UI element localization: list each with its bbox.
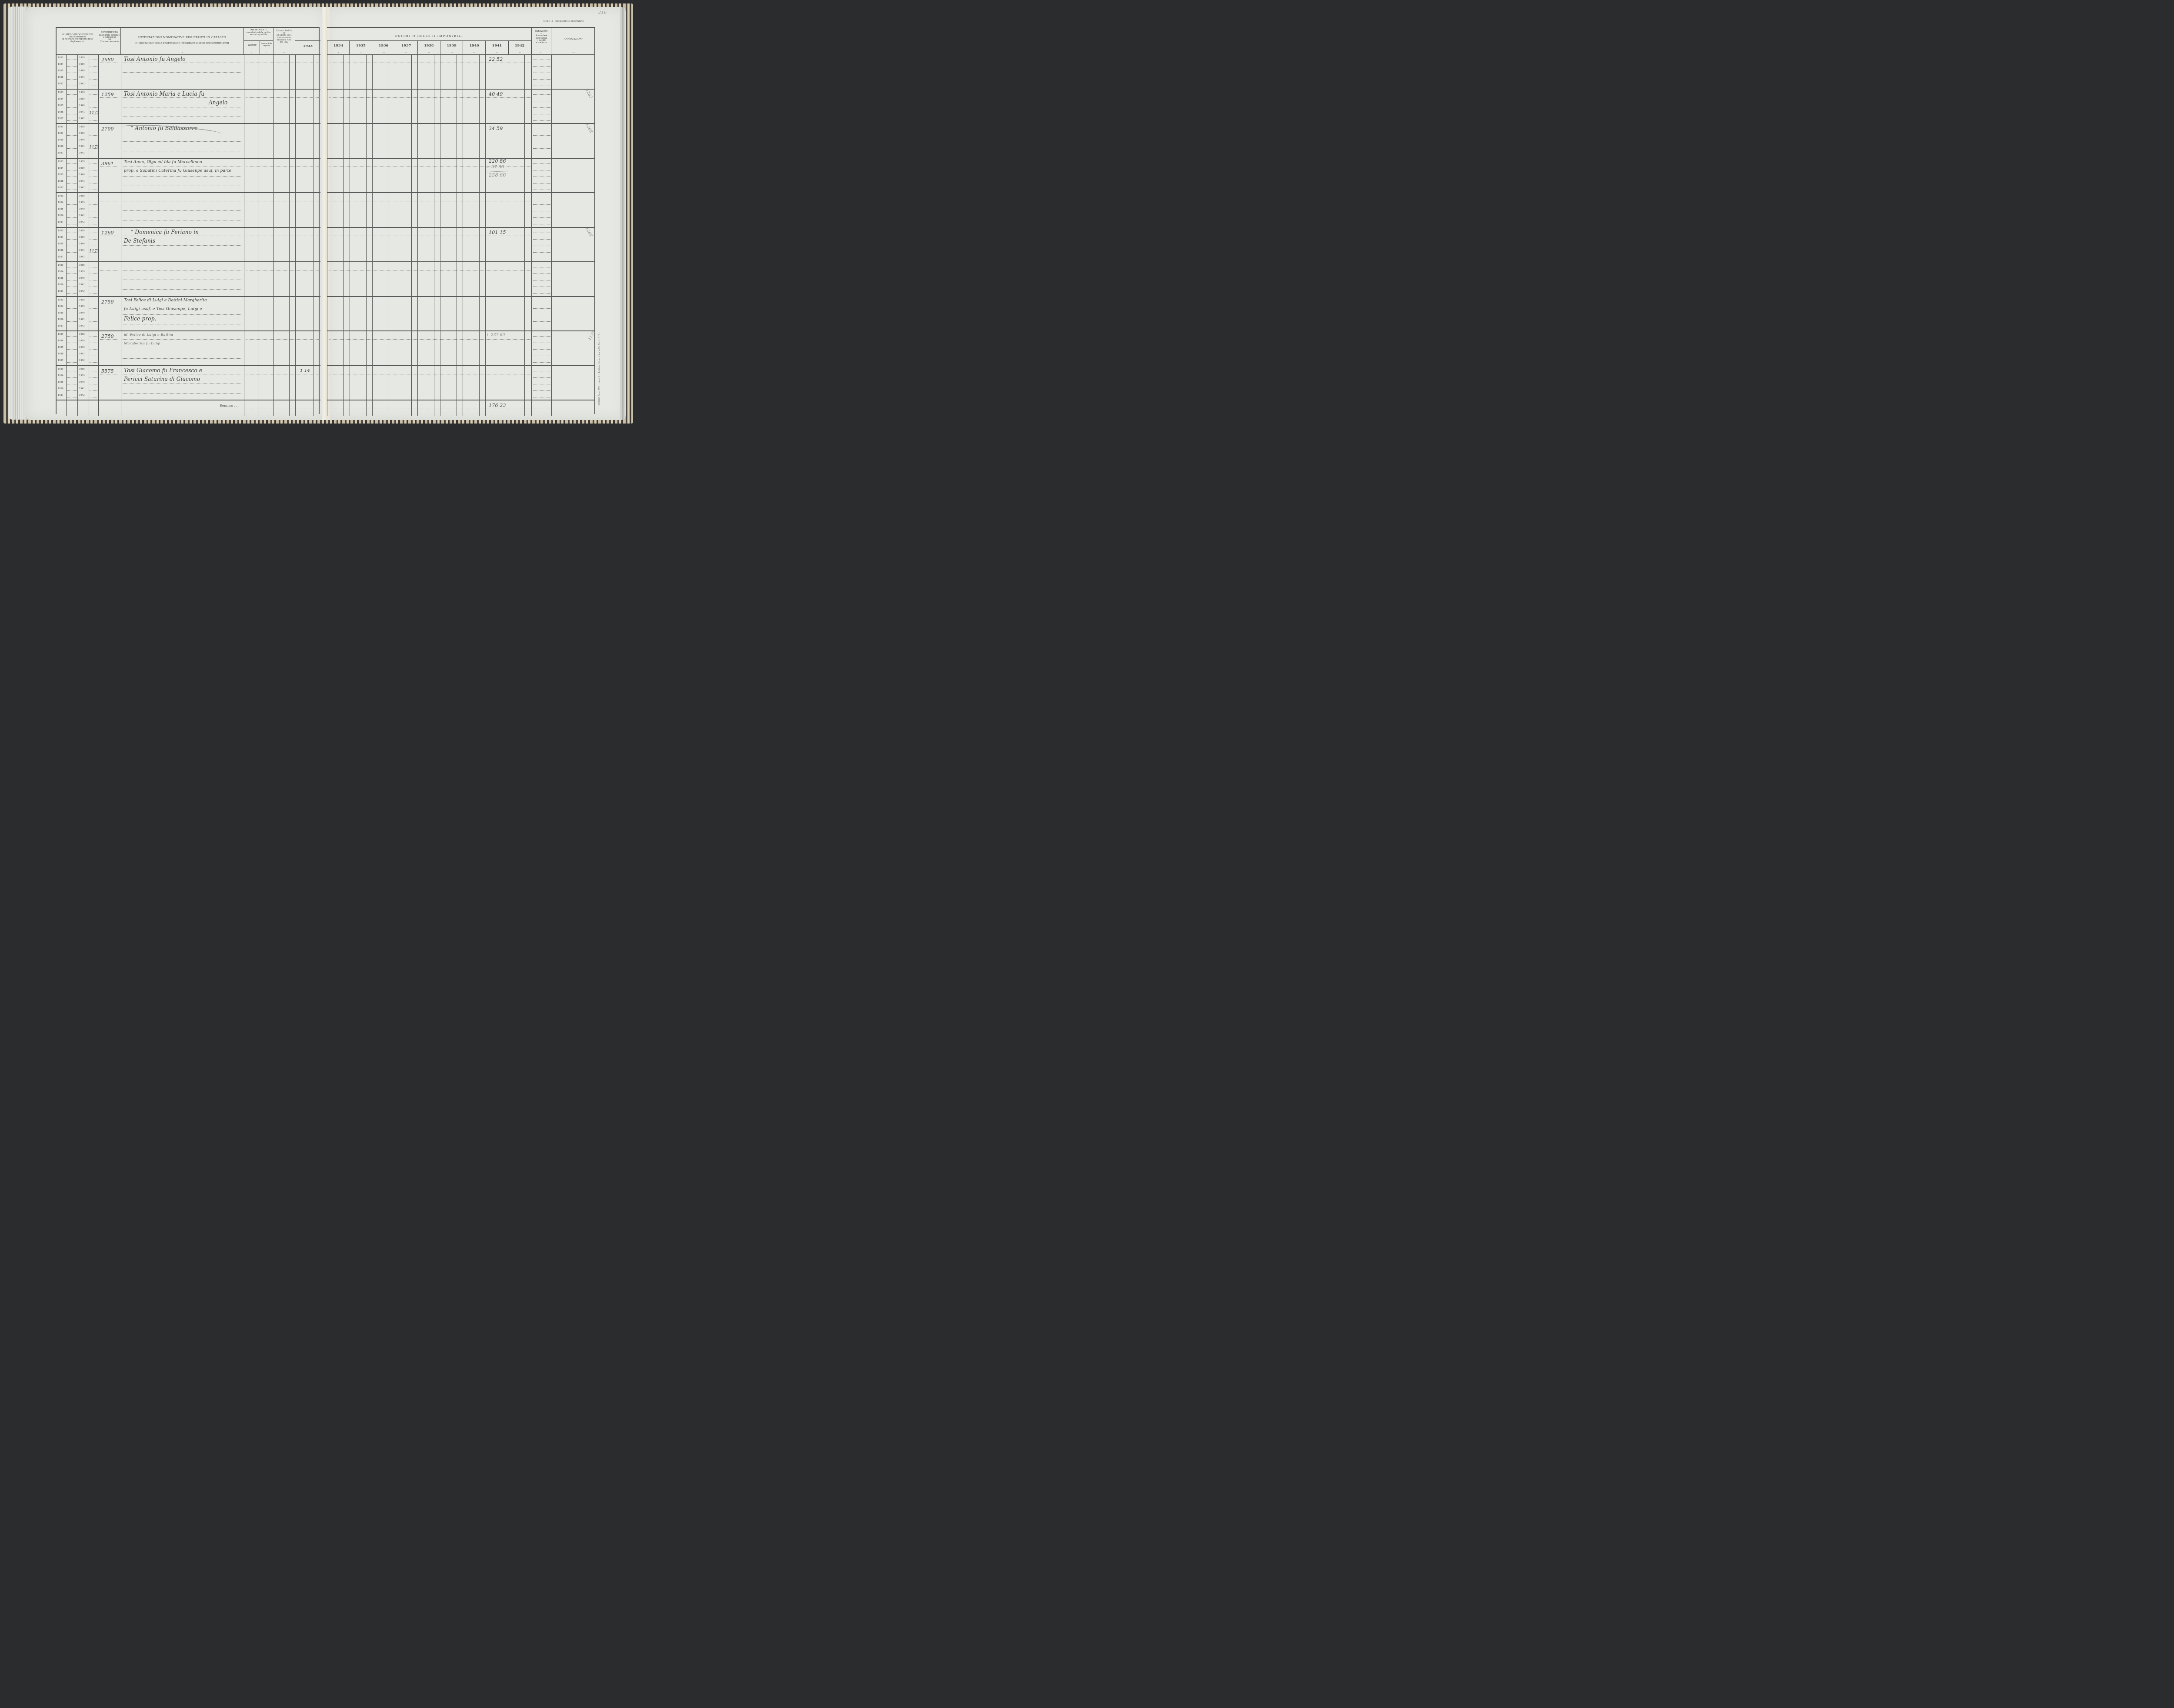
ledger-row: 1933193819341939193519401936194119371942 <box>57 193 320 227</box>
annotation-number: 1262 <box>584 88 594 100</box>
taxpayer-name-line: Tosi Antonio Maria e Lucia fu <box>124 91 204 97</box>
cadastral-ref: 2680 <box>101 57 114 63</box>
year-label-right: 1938 <box>79 264 85 267</box>
year-label-left: 1934 <box>58 98 63 100</box>
year-label-right: 1941 <box>79 111 85 113</box>
year-label-left: 1935 <box>58 312 63 314</box>
ledger-row: 1933193819341939193519401936194119371942… <box>57 366 320 400</box>
ledger-row: 1933193819341939193519401936194119371942… <box>57 158 320 193</box>
year-label: 1941 <box>486 43 508 47</box>
taxpayer-name-line: Pericci Saturina di Giacomo <box>124 376 200 382</box>
ledger-row: 1933193819341939193519401936194119371942… <box>57 54 320 89</box>
col-number: 14 <box>463 51 485 53</box>
cadastral-ref: 3961 <box>101 161 114 167</box>
col-number: 16 <box>509 51 531 53</box>
year-label-right: 1939 <box>79 132 85 135</box>
taxpayer-name-line: prop. e Sabatini Caterina fu Giuseppe us… <box>124 169 231 173</box>
ledger-row-estimates: 22 52 <box>327 54 595 89</box>
col-number: 2 <box>98 51 120 53</box>
col-number: 7 <box>295 51 320 53</box>
year-label-right: 1938 <box>79 333 85 336</box>
header-year-1942: 194216 <box>509 40 531 54</box>
header-year-1937: 193711 <box>395 40 418 54</box>
ledger-row-estimates <box>327 193 595 227</box>
col3-subtitle: E INDICAZIONE DELLA PROFESSIONE, RESIDEN… <box>121 43 243 45</box>
header-year-1936: 193610 <box>372 40 395 54</box>
col-number: 10 <box>372 51 394 53</box>
year-label-left: 1936 <box>58 353 63 355</box>
ledger-row-estimates <box>327 297 595 331</box>
year-label-right: 1940 <box>79 381 85 384</box>
year-label-right: 1938 <box>79 368 85 370</box>
year-label-right: 1941 <box>79 249 85 252</box>
year-label-right: 1940 <box>79 104 85 107</box>
year-label-right: 1942 <box>79 187 85 189</box>
col6-line: del 1932 <box>273 41 295 43</box>
header-col18: ANNOTAZIONI 18 <box>551 28 595 54</box>
ledger-row-estimates <box>327 262 595 297</box>
year-label-left: 1937 <box>58 221 63 224</box>
col-number: 1 <box>57 51 98 53</box>
year-label-left: 1934 <box>58 63 63 66</box>
year-label-left: 1935 <box>58 208 63 210</box>
value-1941-total: 258 66 <box>489 172 506 178</box>
year-label-left: 1937 <box>58 187 63 189</box>
taxpayer-name-line: Tosi Giacomo fu Francesco e <box>124 367 202 374</box>
value-1941-addition: + 37 80 <box>486 165 504 170</box>
year-label-right: 1940 <box>79 70 85 72</box>
taxpayer-name-line: Margherita fu Luigi <box>124 341 160 345</box>
taxpayer-name-line: Felice prop. <box>124 316 157 322</box>
header-col17: ESENZIONI — Ammontare degli estimi o red… <box>531 28 551 54</box>
year-label-left: 1935 <box>58 70 63 72</box>
year-label: 1939 <box>440 43 463 47</box>
header-year-1935: 19359 <box>350 40 372 54</box>
year-label-right: 1941 <box>79 284 85 286</box>
ledger-row-estimates: 40 491262 <box>327 89 595 124</box>
specie-label: Specie della Imposta <box>260 42 273 47</box>
cadastral-ref: 2700 <box>101 126 114 132</box>
header-col45: RIFERIMENTI sussidiari e delle partite s… <box>244 28 273 54</box>
ledger-row-estimates: 220 86+ 37 80258 66 <box>327 158 595 193</box>
progressive-number: 1172 <box>89 145 100 150</box>
year-label-right: 1940 <box>79 346 85 349</box>
year-label-left: 1934 <box>58 167 63 170</box>
year-label-right: 1942 <box>79 256 85 258</box>
year-label: 1938 <box>418 43 440 47</box>
value-1933: 1 14 <box>300 368 310 373</box>
value-1941: 40 49 <box>489 91 503 97</box>
annotation-number: 1268 <box>584 123 594 134</box>
ledger-row: 1933193819341939193519401936194119371942… <box>57 89 320 124</box>
ledger-left-table: NUMERO PROGRESSIVO delle intestazioni da… <box>56 27 320 414</box>
progressive-number: 1173 <box>89 249 100 254</box>
year-label-left: 1933 <box>58 230 63 232</box>
year-label-right: 1942 <box>79 359 85 362</box>
year-label-left: 1936 <box>58 76 63 79</box>
year-label-right: 1939 <box>79 167 85 170</box>
year-label: 1935 <box>350 43 372 47</box>
sum-label: Somma . . . <box>220 404 240 407</box>
value-1941: 22 52 <box>489 57 503 62</box>
year-label-right: 1942 <box>79 394 85 397</box>
col-number: 13 <box>440 51 463 53</box>
year-label-right: 1941 <box>79 180 85 183</box>
year-label-right: 1939 <box>79 63 85 66</box>
year-label-right: 1941 <box>79 318 85 321</box>
col-number: 8 <box>327 51 349 53</box>
year-label-left: 1933 <box>58 195 63 197</box>
year-label-left: 1937 <box>58 290 63 293</box>
col-number: 6 <box>273 51 295 53</box>
year-label-right: 1938 <box>79 57 85 59</box>
year-label-right: 1940 <box>79 208 85 210</box>
year-label-right: 1938 <box>79 160 85 163</box>
year-label-right: 1938 <box>79 195 85 197</box>
header-col7: 1933 7 <box>295 40 320 54</box>
year-label-left: 1936 <box>58 318 63 321</box>
ledger-row: 1933193819341939193519401936194119371942… <box>57 331 320 366</box>
header-year-1941: 194115 <box>486 40 508 54</box>
year-label-left: 1934 <box>58 201 63 204</box>
year-label-left: 1936 <box>58 249 63 252</box>
year-label-left: 1937 <box>58 83 63 85</box>
header-col3: INTESTAZIONI NOMINATIVE RISULTANTI IN CA… <box>121 28 244 54</box>
year-label-left: 1935 <box>58 277 63 280</box>
taxpayer-name-line: De Stefanis <box>124 238 155 244</box>
year-label-left: 1935 <box>58 346 63 349</box>
year-label: 1936 <box>372 43 394 47</box>
header-col2: RIFERIMENTO alla partita catastale e ind… <box>98 28 121 54</box>
year-label-right: 1942 <box>79 325 85 327</box>
col-number: 17 <box>532 51 551 53</box>
col-number: 18 <box>551 51 595 53</box>
taxpayer-name-line: fu Luigi usuf. e Tosi Giuseppe, Luigi e <box>124 307 202 311</box>
year-label-right: 1941 <box>79 214 85 217</box>
ledger-row: 1933193819341939193519401936194119371942… <box>57 123 320 158</box>
taxpayer-name-line: Angelo <box>209 100 227 106</box>
annotation-number: 1269 <box>584 227 594 238</box>
taxpayer-name-line: Tosi Anna, Olga ed Ida fu Marcelliano <box>124 160 202 164</box>
value-1941: 34 59 <box>489 126 503 131</box>
year-label-right: 1939 <box>79 340 85 342</box>
year-label-right: 1938 <box>79 91 85 94</box>
year-label-left: 1935 <box>58 139 63 141</box>
year-label-left: 1933 <box>58 368 63 370</box>
year-label-right: 1939 <box>79 201 85 204</box>
year-label-left: 1935 <box>58 243 63 245</box>
cadastral-ref: 1260 <box>101 230 114 236</box>
year-label-right: 1939 <box>79 374 85 377</box>
ledger-row: 1933193819341939193519401936194119371942… <box>57 297 320 331</box>
year-label-right: 1940 <box>79 173 85 176</box>
year-label-right: 1942 <box>79 221 85 224</box>
year-label-right: 1938 <box>79 299 85 301</box>
value-1941: + 237 60 <box>486 333 505 337</box>
col18-title: ANNOTAZIONI <box>551 38 595 40</box>
year-label-right: 1939 <box>79 305 85 308</box>
year-label-left: 1934 <box>58 340 63 342</box>
col-number: 4 <box>244 51 260 53</box>
ledger-right-table: ESTIMI O REDDITI IMPONIBILI 193481935919… <box>327 27 595 414</box>
year-label-right: 1940 <box>79 312 85 314</box>
col-number: 15 <box>486 51 508 53</box>
year-label-left: 1934 <box>58 270 63 273</box>
value-1941: 101 15 <box>489 230 506 235</box>
cadastral-ref: 1259 <box>101 92 114 97</box>
col2-line: Comune censuario <box>98 41 120 43</box>
ledger-row-estimates <box>327 366 595 400</box>
progressive-number: 1171 <box>89 111 100 115</box>
year-label-right: 1938 <box>79 230 85 232</box>
year-label-left: 1935 <box>58 381 63 384</box>
ledger-row-estimates: + 237 601170 <box>327 331 595 366</box>
year-label-right: 1941 <box>79 76 85 79</box>
page-number: 216 <box>598 10 607 15</box>
col17-line: e scadenze <box>532 42 551 44</box>
year-label: 1942 <box>509 43 531 47</box>
year-label-left: 1933 <box>58 333 63 336</box>
year-label-left: 1937 <box>58 325 63 327</box>
header-year-1939: 193913 <box>440 40 463 54</box>
year-label-right: 1940 <box>79 277 85 280</box>
year-label-left: 1933 <box>58 160 63 163</box>
header-year-1934: 19348 <box>327 40 350 54</box>
year-label-left: 1937 <box>58 117 63 120</box>
year-label-right: 1939 <box>79 98 85 100</box>
col-number: 9 <box>350 51 372 53</box>
ledger-row-estimates: 101 151269 <box>327 227 595 262</box>
taxpayer-name-line: id. Felice di Luigi e Battini <box>124 333 173 337</box>
estimi-title: ESTIMI O REDDITI IMPONIBILI <box>327 34 531 38</box>
year-label-left: 1934 <box>58 305 63 308</box>
printer-note: (4108681) Roma, 1931 - Anno X - Istituto… <box>598 333 600 407</box>
cadastral-ref: 2750 <box>101 299 114 305</box>
year-label: 1940 <box>463 43 485 47</box>
year-label-right: 1942 <box>79 117 85 120</box>
year-label-right: 1941 <box>79 387 85 390</box>
year-label-right: 1941 <box>79 145 85 148</box>
year-label-right: 1938 <box>79 126 85 128</box>
year-label-left: 1935 <box>58 173 63 176</box>
sum-1941: 176 23 <box>489 403 506 408</box>
year-label-left: 1937 <box>58 256 63 258</box>
year-label-left: 1936 <box>58 214 63 217</box>
year-label-right: 1940 <box>79 243 85 245</box>
year-label-left: 1936 <box>58 284 63 286</box>
taxpayer-name-line: “ Domenica fu Feriano in <box>130 229 199 235</box>
col-number: 3 <box>121 51 243 53</box>
taxpayer-name-line: Tosi Antonio fu Angelo <box>124 56 186 62</box>
header-col6: Estimi o Redditi al 31 agosto 1931 che s… <box>273 28 295 54</box>
form-label: Mod. 111 - Imposte Dirette (Intercalare) <box>543 20 584 23</box>
col-number: 12 <box>418 51 440 53</box>
year-label-left: 1934 <box>58 132 63 135</box>
year-label-left: 1934 <box>58 374 63 377</box>
ledger-row-estimates: 34 591268 <box>327 123 595 158</box>
year-1933-label: 1933 <box>295 44 320 48</box>
year-label-left: 1937 <box>58 152 63 154</box>
col-number: 11 <box>395 51 417 53</box>
value-1941: 220 86 <box>489 158 506 164</box>
page-edges-right <box>620 8 625 419</box>
year-label-right: 1939 <box>79 236 85 239</box>
year-label-left: 1936 <box>58 111 63 113</box>
year-label-left: 1933 <box>58 57 63 59</box>
header-col1: NUMERO PROGRESSIVO delle intestazioni da… <box>57 28 98 54</box>
year-label-left: 1937 <box>58 359 63 362</box>
year-label-left: 1937 <box>58 394 63 397</box>
ledger-row: 1933193819341939193519401936194119371942… <box>57 227 320 262</box>
year-label-left: 1933 <box>58 126 63 128</box>
col1-line: degli esercizi <box>57 41 98 43</box>
year-label-right: 1939 <box>79 270 85 273</box>
year-label-left: 1936 <box>58 145 63 148</box>
cadastral-ref: 2750 <box>101 334 114 339</box>
year-label-right: 1941 <box>79 353 85 355</box>
col45-line: senza imponibile <box>244 34 273 36</box>
year-label-right: 1942 <box>79 290 85 293</box>
header-year-1938: 193812 <box>418 40 440 54</box>
year-label-left: 1936 <box>58 387 63 390</box>
ledger-row: 1933193819341939193519401936194119371942 <box>57 262 320 297</box>
partite-label: PARTITE <box>245 45 260 47</box>
col3-title: INTESTAZIONI NOMINATIVE RISULTANTI IN CA… <box>121 36 243 39</box>
year-label-right: 1942 <box>79 152 85 154</box>
year-label-left: 1933 <box>58 264 63 267</box>
cadastral-ref: 5575 <box>101 368 114 374</box>
year-label-left: 1933 <box>58 299 63 301</box>
year-label-right: 1940 <box>79 139 85 141</box>
header-year-1940: 194014 <box>463 40 486 54</box>
year-label-left: 1933 <box>58 91 63 94</box>
col-number: 5 <box>260 51 273 53</box>
year-label: 1937 <box>395 43 417 47</box>
year-label-left: 1934 <box>58 236 63 239</box>
year-label: 1934 <box>327 43 349 47</box>
col1-line: da riportarsi nei rispettivi ruoli <box>57 38 98 40</box>
year-label-right: 1942 <box>79 83 85 85</box>
col2-title: RIFERIMENTO <box>98 32 120 34</box>
year-label-left: 1936 <box>58 180 63 183</box>
year-label-left: 1935 <box>58 104 63 107</box>
col6-line: 31 agosto 1931 <box>273 34 295 37</box>
taxpayer-name-line: Tosi Felice di Luigi e Battini Margherit… <box>124 298 207 303</box>
